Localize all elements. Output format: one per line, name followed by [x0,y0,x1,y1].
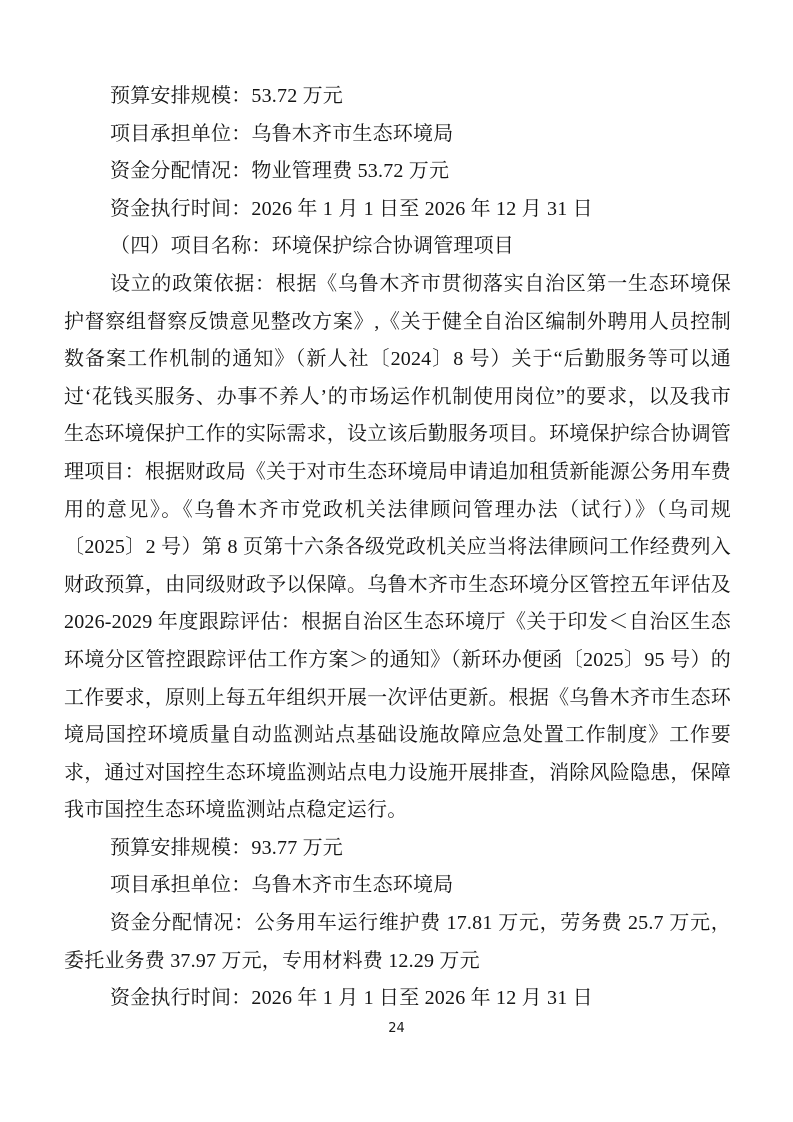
budget-scale-line: 预算安排规模：53.72 万元 [64,78,731,116]
project-name-heading: （四）项目名称：环境保护综合协调管理项目 [64,228,731,266]
page-number: 24 [0,1021,793,1036]
fund-execution-period-line-2: 资金执行时间：2026 年 1 月 1 日至 2026 年 12 月 31 日 [64,980,731,1018]
policy-basis-paragraph: 设立的政策依据：根据《乌鲁木齐市贯彻落实自治区第一生态环境保护督察组督察反馈意见… [64,266,731,830]
fund-allocation-line-2: 资金分配情况：公务用车运行维护费 17.81 万元，劳务费 25.7 万元，委托… [64,905,731,980]
undertaking-unit-line: 项目承担单位：乌鲁木齐市生态环境局 [64,116,731,154]
fund-allocation-line: 资金分配情况：物业管理费 53.72 万元 [64,153,731,191]
undertaking-unit-line-2: 项目承担单位：乌鲁木齐市生态环境局 [64,867,731,905]
document-page: 预算安排规模：53.72 万元 项目承担单位：乌鲁木齐市生态环境局 资金分配情况… [0,0,793,1122]
fund-execution-period-line: 资金执行时间：2026 年 1 月 1 日至 2026 年 12 月 31 日 [64,191,731,229]
document-body: 预算安排规模：53.72 万元 项目承担单位：乌鲁木齐市生态环境局 资金分配情况… [64,78,731,1018]
budget-scale-line-2: 预算安排规模：93.77 万元 [64,830,731,868]
